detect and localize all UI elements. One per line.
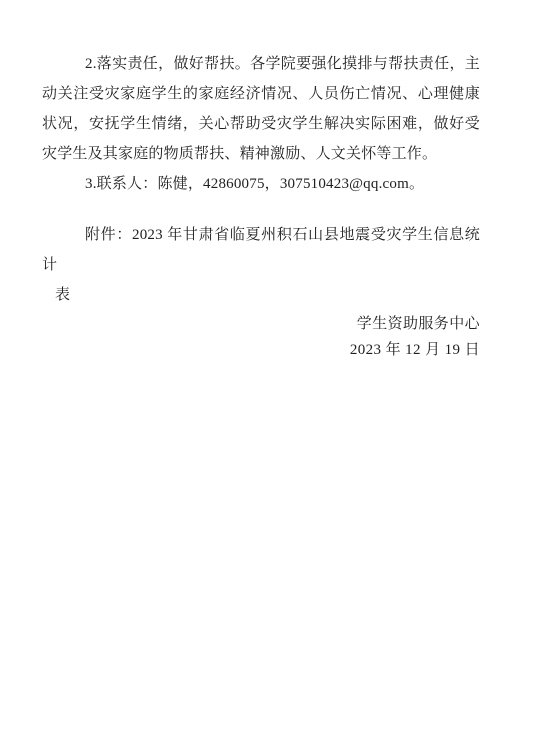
- attachment-line-2: 表: [42, 280, 480, 310]
- contact-line: 3.联系人：陈健，42860075，307510423@qq.com。: [42, 169, 480, 199]
- body-line-4: 灾学生及其家庭的物质帮扶、精神激励、人文关怀等工作。: [42, 139, 480, 169]
- signature-date: 2023 年 12 月 19 日: [42, 337, 480, 363]
- body-line-3: 状况，安抚学生情绪，关心帮助受灾学生解决实际困难，做好受: [42, 109, 480, 139]
- body-line-2: 动关注受灾家庭学生的家庭经济情况、人员伤亡情况、心理健康: [42, 79, 480, 109]
- body-paragraph: 2.落实责任，做好帮扶。各学院要强化摸排与帮扶责任，主 动关注受灾家庭学生的家庭…: [42, 49, 480, 199]
- signature-organization: 学生资助服务中心: [42, 311, 480, 337]
- document-page: 2.落实责任，做好帮扶。各学院要强化摸排与帮扶责任，主 动关注受灾家庭学生的家庭…: [0, 0, 534, 756]
- attachment-paragraph: 附件：2023 年甘肃省临夏州积石山县地震受灾学生信息统计 表: [42, 220, 480, 310]
- signature-block: 学生资助服务中心 2023 年 12 月 19 日: [42, 311, 480, 363]
- body-line-1: 2.落实责任，做好帮扶。各学院要强化摸排与帮扶责任，主: [42, 49, 480, 79]
- attachment-line-1: 附件：2023 年甘肃省临夏州积石山县地震受灾学生信息统计: [42, 220, 480, 280]
